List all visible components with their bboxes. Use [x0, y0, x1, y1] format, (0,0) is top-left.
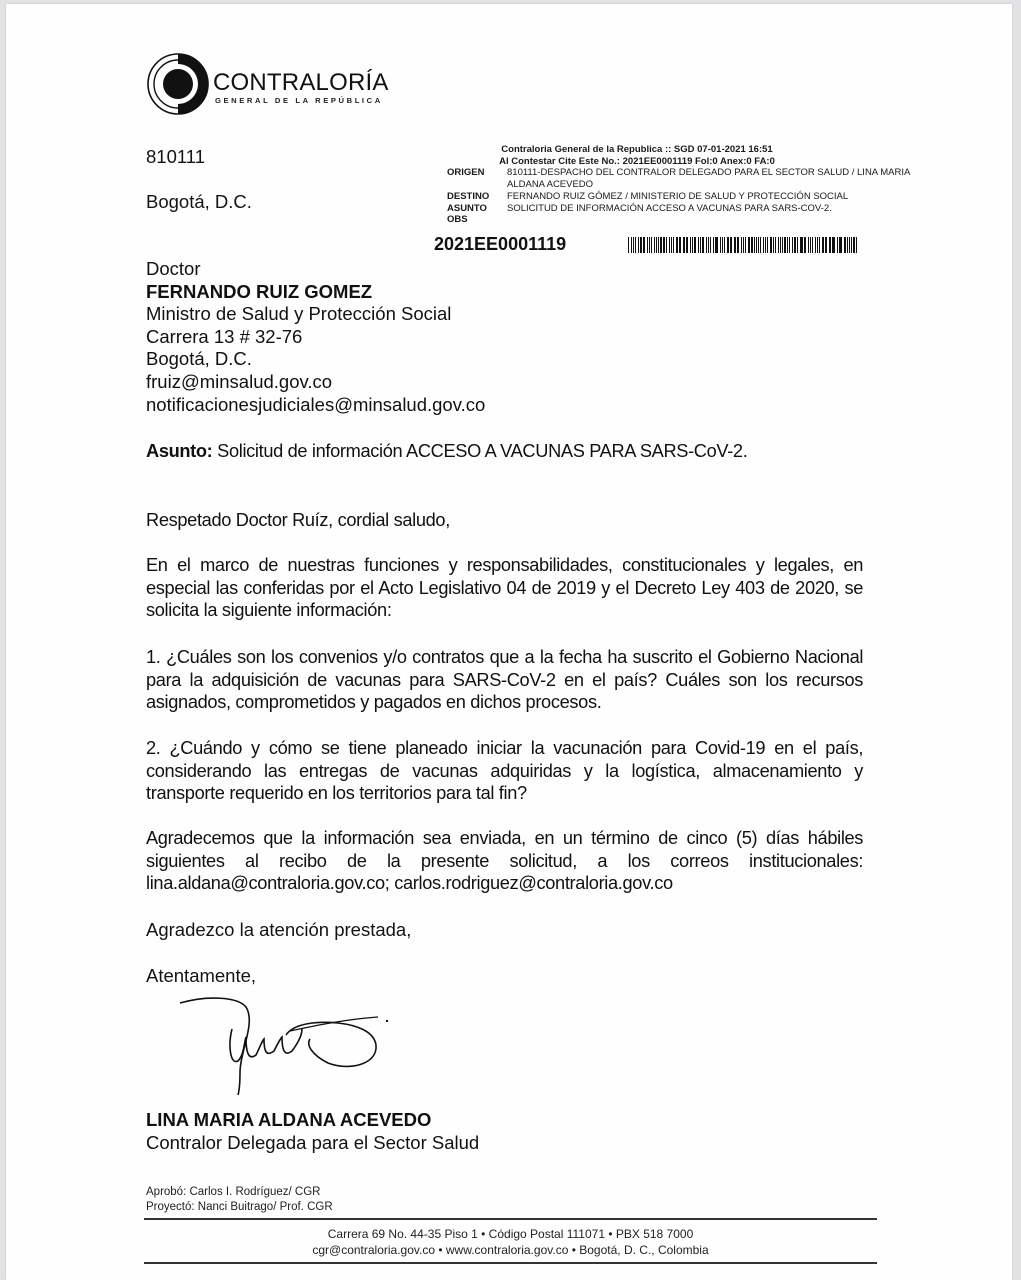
signer-title: Contralor Delegada para el Sector Salud — [146, 1132, 479, 1154]
greeting: Respetado Doctor Ruíz, cordial saludo, — [146, 509, 863, 532]
stamp-key: DESTINO — [447, 191, 507, 203]
contraloria-emblem-icon — [146, 52, 210, 116]
paragraph-question-1: 1. ¿Cuáles son los convenios y/o contrat… — [146, 646, 863, 714]
approved-by: Aprobó: Carlos I. Rodríguez/ CGR — [146, 1186, 321, 1198]
stamp-row-destino: DESTINO FERNANDO RUIZ GÓMEZ / MINISTERIO… — [447, 191, 917, 203]
recipient-address: Carrera 13 # 32-76 — [146, 326, 485, 349]
recipient-name: FERNANDO RUIZ GOMEZ — [146, 281, 485, 304]
closing-valediction: Atentamente, — [146, 964, 256, 987]
radicado-number: 2021EE0001119 — [434, 234, 566, 255]
drafted-by: Proyectó: Nanci Buitrago/ Prof. CGR — [146, 1201, 333, 1213]
recipient-block: Doctor FERNANDO RUIZ GOMEZ Ministro de S… — [146, 258, 485, 416]
handwritten-signature-icon — [178, 995, 398, 1095]
stamp-header-line1: Contraloria General de la Republica :: S… — [447, 144, 917, 156]
barcode-icon — [628, 237, 858, 253]
stamp-value: 810111-DESPACHO DEL CONTRALOR DELEGADO P… — [507, 167, 917, 190]
registry-stamp: Contraloria General de la Republica :: S… — [447, 144, 917, 226]
closing-thanks: Agradezco la atención prestada, — [146, 918, 411, 941]
subject-label: Asunto: — [146, 440, 212, 461]
stamp-row-origen: ORIGEN 810111-DESPACHO DEL CONTRALOR DEL… — [447, 167, 917, 190]
office-code: 810111 — [146, 145, 205, 168]
recipient-email-2: notificacionesjudiciales@minsalud.gov.co — [146, 394, 485, 417]
recipient-city: Bogotá, D.C. — [146, 348, 485, 371]
footer-top-rule — [144, 1218, 877, 1220]
stamp-key: OBS — [447, 214, 507, 226]
org-subtitle: GENERAL DE LA REPÚBLICA — [215, 96, 383, 105]
paragraph-intro: En el marco de nuestras funciones y resp… — [146, 554, 863, 622]
subject-text: Solicitud de información ACCESO A VACUNA… — [212, 440, 747, 461]
recipient-position: Ministro de Salud y Protección Social — [146, 303, 485, 326]
stamp-header-line2: Al Contestar Cite Este No.: 2021EE000111… — [447, 156, 917, 168]
paragraph-question-2: 2. ¿Cuándo y cómo se tiene planeado inic… — [146, 737, 863, 805]
signer-name: LINA MARIA ALDANA ACEVEDO — [146, 1109, 431, 1131]
footer-bottom-rule — [144, 1262, 877, 1264]
stamp-row-obs: OBS — [447, 214, 917, 226]
recipient-title: Doctor — [146, 258, 485, 281]
stamp-key: ASUNTO — [447, 203, 507, 215]
stamp-value: FERNANDO RUIZ GÓMEZ / MINISTERIO DE SALU… — [507, 191, 917, 203]
contraloria-logo: CONTRALORÍA GENERAL DE LA REPÚBLICA — [146, 52, 396, 118]
stamp-value — [507, 214, 917, 226]
stamp-key: ORIGEN — [447, 167, 507, 190]
footer-line-1: Carrera 69 No. 44-35 Piso 1 • Código Pos… — [144, 1227, 877, 1241]
stamp-value: SOLICITUD DE INFORMACIÓN ACCESO A VACUNA… — [507, 203, 917, 215]
recipient-email-1: fruiz@minsalud.gov.co — [146, 371, 485, 394]
org-name: CONTRALORÍA — [213, 69, 389, 97]
paragraph-request: Agradecemos que la información sea envia… — [146, 827, 863, 895]
stamp-row-asunto: ASUNTO SOLICITUD DE INFORMACIÓN ACCESO A… — [447, 203, 917, 215]
letter-city: Bogotá, D.C. — [146, 190, 252, 213]
subject-line: Asunto: Solicitud de información ACCESO … — [146, 440, 863, 463]
footer-line-2: cgr@contraloria.gov.co • www.contraloria… — [144, 1243, 877, 1257]
